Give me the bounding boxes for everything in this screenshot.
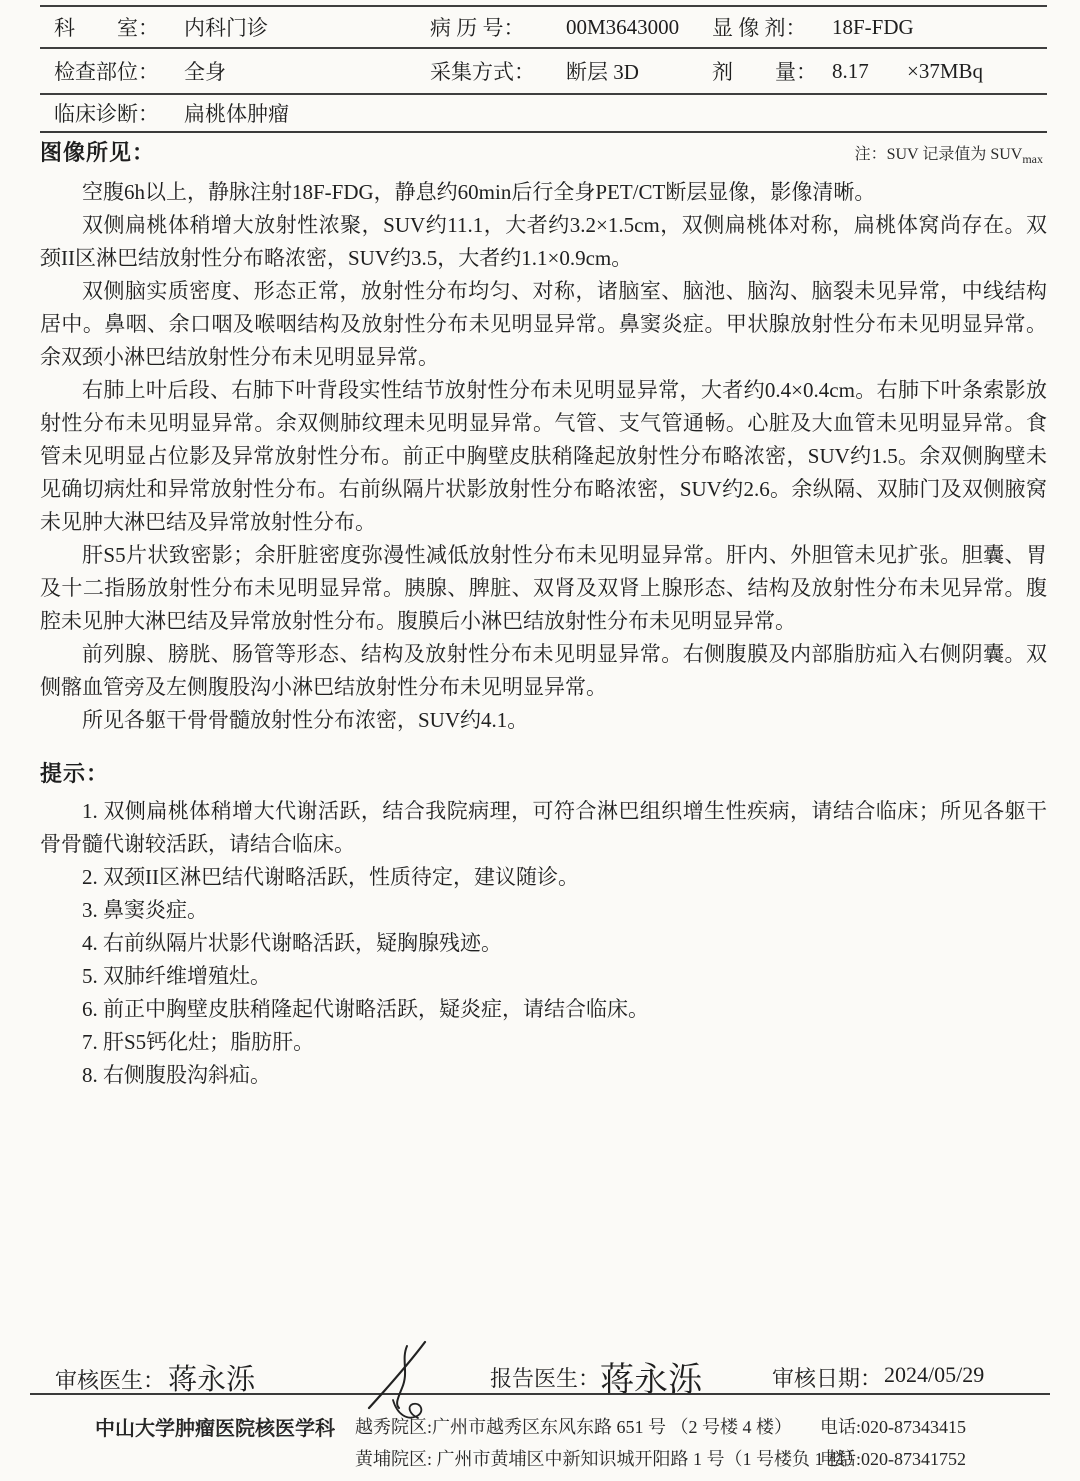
impression-section: 提示： 1. 双侧扁桃体稍增大代谢活跃，结合我院病理，可符合淋巴组织增生性疾病，…: [40, 757, 1047, 1092]
impression-item: 7. 肝S5钙化灶；脂肪肝。: [40, 1026, 1047, 1059]
tracer-label: 显 像 剂：: [712, 12, 832, 42]
header-row-1: 科 室： 内科门诊 病 历 号： 00M3643000 显 像 剂： 18F-F…: [40, 5, 1047, 47]
header-row-2: 检查部位： 全身 采集方式： 断层 3D 剂 量： 8.17 ×37MBq: [40, 47, 1047, 93]
tracer-value: 18F-FDG: [832, 15, 914, 40]
campus1-phone: 电话:020-87343415: [820, 1413, 966, 1439]
dose-unit: ×37MBq: [907, 59, 983, 84]
impression-item: 3. 鼻窦炎症。: [40, 894, 1047, 927]
findings-paragraph: 所见各躯干骨骨髓放射性分布浓密，SUV约4.1。: [40, 704, 1047, 737]
impression-item: 5. 双肺纤维增殖灶。: [40, 960, 1047, 993]
reviewer-name: 蒋永泺: [168, 1357, 255, 1398]
hospital-department-name: 中山大学肿瘤医院核医学科: [95, 1412, 335, 1441]
department-label: 科 室：: [54, 12, 184, 42]
findings-paragraph: 空腹6h以上，静脉注射18F-FDG，静息约60min后行全身PET/CT断层显…: [40, 176, 1047, 209]
findings-section: 图像所见： 注：SUV 记录值为 SUVmax 空腹6h以上，静脉注射18F-F…: [40, 136, 1047, 737]
findings-paragraph: 前列腺、膀胱、肠管等形态、结构及放射性分布未见明显异常。右侧腹膜及内部脂肪疝入右…: [40, 638, 1047, 704]
campus2-phone: 电话:020-87341752: [820, 1445, 966, 1471]
clinical-diagnosis-value: 扁桃体肿瘤: [184, 98, 289, 128]
handwritten-signature-scribble: [355, 1338, 455, 1424]
footer-divider-line: [30, 1393, 1050, 1395]
report-header-table: 科 室： 内科门诊 病 历 号： 00M3643000 显 像 剂： 18F-F…: [40, 5, 1047, 133]
exam-region-value: 全身: [184, 56, 430, 86]
record-number-value: 00M3643000: [566, 15, 712, 40]
findings-paragraph: 双侧脑实质密度、形态正常，放射性分布均匀、对称，诸脑室、脑池、脑沟、脑裂未见异常…: [40, 275, 1047, 374]
suv-note-text: 注：SUV 记录值为 SUV: [855, 146, 1023, 163]
dose-label: 剂 量：: [712, 56, 832, 86]
campus2-address: 黄埔院区: 广州市黄埔区中新知识城开阳路 1 号（1 号楼负 1 楼）: [355, 1445, 864, 1471]
impression-item: 4. 右前纵隔片状影代谢略活跃，疑胸腺残迹。: [40, 927, 1047, 960]
suv-note: 注：SUV 记录值为 SUVmax: [855, 141, 1047, 167]
clinical-diagnosis-label: 临床诊断：: [54, 98, 184, 128]
acquisition-mode-label: 采集方式：: [430, 56, 566, 86]
impression-title: 提示：: [40, 757, 1047, 788]
record-number-label: 病 历 号：: [430, 12, 566, 42]
impression-item: 8. 右侧腹股沟斜疝。: [40, 1059, 1047, 1092]
findings-title: 图像所见：: [40, 136, 155, 167]
findings-paragraph: 肝S5片状致密影；余肝脏密度弥漫性减低放射性分布未见明显异常。肝内、外胆管未见扩…: [40, 539, 1047, 638]
review-date-label: 审核日期：: [772, 1362, 882, 1393]
impression-item: 6. 前正中胸壁皮肤稍隆起代谢略活跃，疑炎症，请结合临床。: [40, 993, 1047, 1026]
header-row-3: 临床诊断： 扁桃体肿瘤: [40, 93, 1047, 131]
pet-ct-report-page: 科 室： 内科门诊 病 历 号： 00M3643000 显 像 剂： 18F-F…: [0, 0, 1080, 1481]
dose-value: 8.17: [832, 59, 907, 84]
impression-item: 1. 双侧扁桃体稍增大代谢活跃，结合我院病理，可符合淋巴组织增生性疾病，请结合临…: [40, 795, 1047, 861]
review-date-value: 2024/05/29: [884, 1362, 984, 1388]
reviewer-label: 审核医生：: [55, 1364, 165, 1395]
findings-paragraph: 右肺上叶后段、右肺下叶背段实性结节放射性分布未见明显异常，大者约0.4×0.4c…: [40, 374, 1047, 539]
impression-item: 2. 双颈II区淋巴结代谢略活跃，性质待定，建议随诊。: [40, 861, 1047, 894]
findings-header: 图像所见： 注：SUV 记录值为 SUVmax: [40, 136, 1047, 167]
reporter-label: 报告医生：: [490, 1362, 600, 1393]
suv-note-subscript: max: [1022, 152, 1043, 166]
exam-region-label: 检查部位：: [54, 56, 184, 86]
acquisition-mode-value: 断层 3D: [566, 56, 712, 86]
department-value: 内科门诊: [184, 12, 430, 42]
findings-paragraph: 双侧扁桃体稍增大放射性浓聚，SUV约11.1，大者约3.2×1.5cm，双侧扁桃…: [40, 209, 1047, 275]
